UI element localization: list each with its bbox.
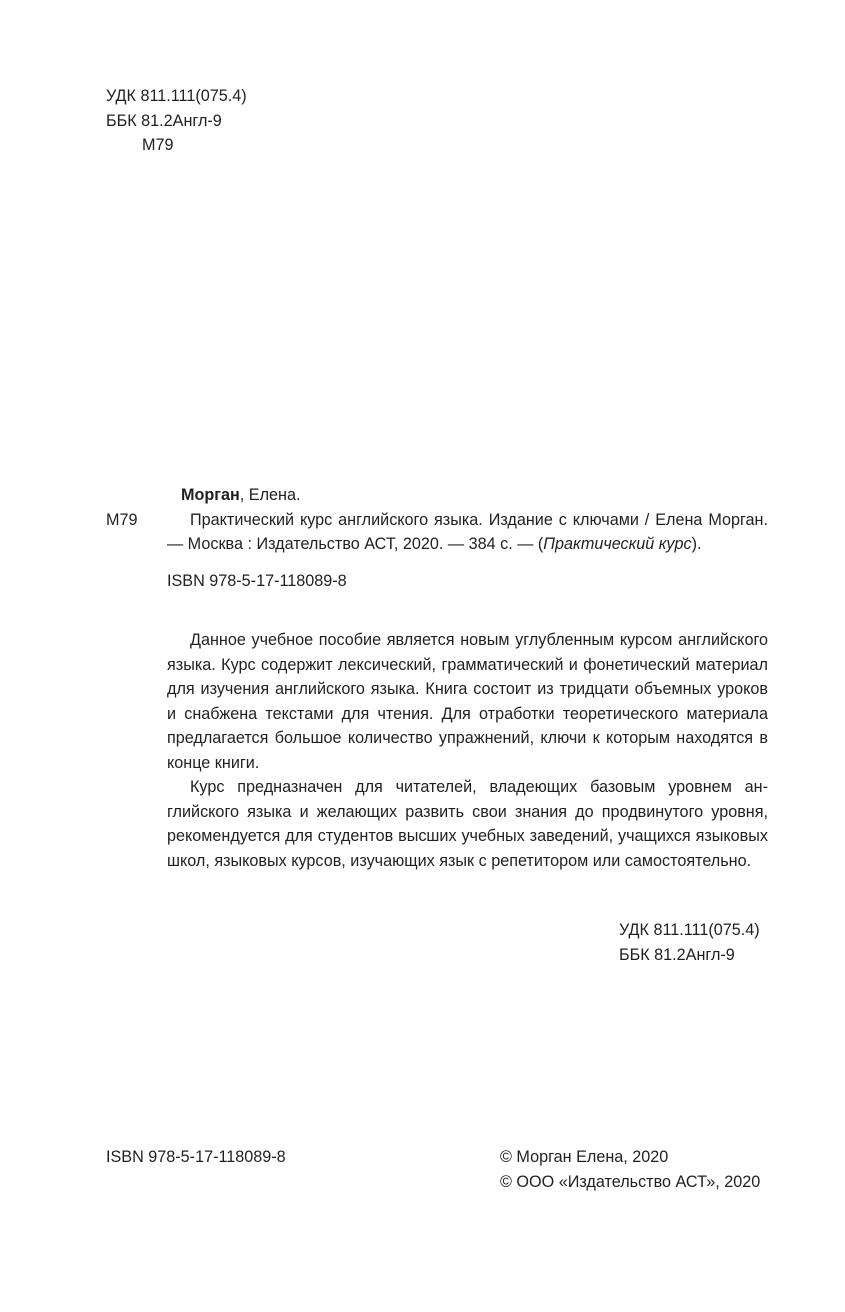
card-isbn: ISBN 978-5-17-118089-8 [167, 569, 768, 594]
udk-code-bottom: УДК 811.111(075.4) [619, 918, 760, 943]
header-classification-codes: УДК 811.111(075.4) ББК 81.2Англ-9 М79 [106, 84, 247, 158]
bbk-code-bottom: ББК 81.2Англ-9 [619, 943, 760, 968]
author-heading: Морган, Елена. [106, 483, 768, 508]
udk-code: УДК 811.111(075.4) [106, 84, 247, 109]
bbk-code: ББК 81.2Англ-9 [106, 109, 247, 134]
copyright-block: © Морган Елена, 2020 © ООО «Издательство… [500, 1145, 760, 1194]
annotation-paragraph-1: Данное учебное пособие является новым уг… [167, 628, 768, 775]
annotation-paragraph-2: Курс предназначен для читателей, владеющ… [167, 775, 768, 873]
bibliographic-description: Практический курс английского языка. Изд… [167, 508, 768, 557]
series-title: Практический курс [543, 535, 691, 553]
classification-codes: УДК 811.111(075.4) ББК 81.2Англ-9 [619, 918, 760, 967]
copyright-publisher: © ООО «Издательство АСТ», 2020 [500, 1170, 760, 1195]
description-end: ). [692, 535, 702, 553]
entry-author-mark: М79 [106, 508, 138, 533]
author-mark: М79 [106, 133, 247, 158]
author-surname: Морган [181, 486, 240, 504]
author-name: , Елена. [240, 486, 301, 504]
copyright-author: © Морган Елена, 2020 [500, 1145, 760, 1170]
annotation: Данное учебное пособие является новым уг… [167, 628, 768, 873]
footer-isbn: ISBN 978-5-17-118089-8 [106, 1145, 286, 1170]
catalog-card: Морган, Елена. М79 Практический курс анг… [106, 483, 768, 593]
bibliographic-entry: М79 Практический курс английского языка.… [106, 508, 768, 557]
